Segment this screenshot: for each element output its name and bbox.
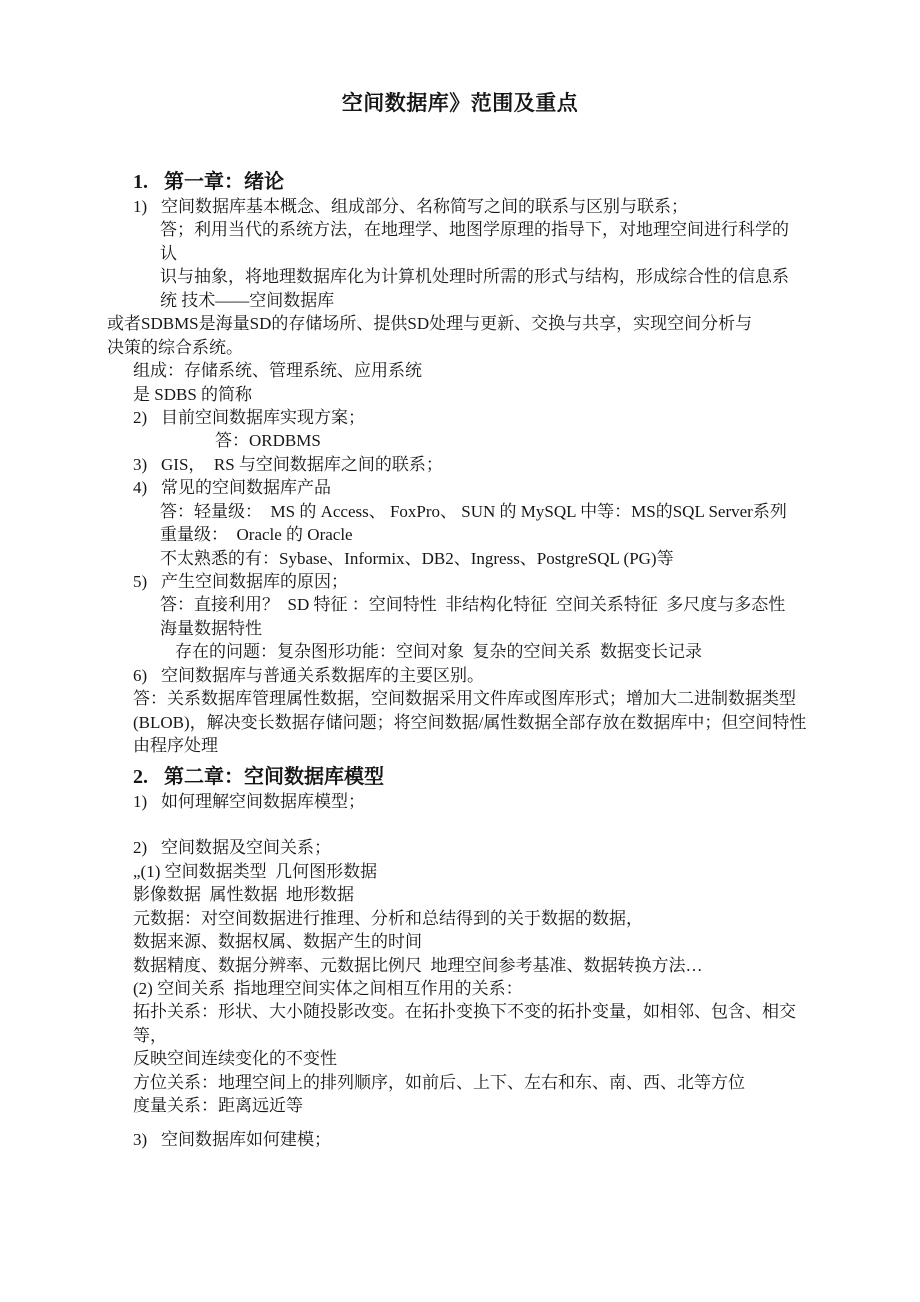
text-line: 答：直接利用？ SD 特征 ：空间特性 非结构化特征 空间关系特征 多尺度与多态… xyxy=(160,593,830,616)
line-text: 反映空间连续变化的不变性 xyxy=(133,1049,337,1068)
item-number: 6) xyxy=(133,664,161,687)
line-text: 不太熟悉的有：Sybase、Informix、DB2、Ingress、Postg… xyxy=(160,549,674,568)
line-text: 统 技术——空间数据库 xyxy=(160,291,334,310)
text-line: 或者SDBMS是海量SD的存储场所、提供SD处理与更新、交换与共享，实现空间分析… xyxy=(107,312,830,335)
text-line: 数据来源、数据权属、数据产生的时间 xyxy=(133,930,830,953)
text-line: 数据精度、数据分辨率、元数据比例尺 地理空间参考基准、数据转换方法… xyxy=(133,954,830,977)
list-item: 1)如何理解空间数据库模型； xyxy=(133,790,830,813)
line-text: 重量级： Oracle 的 Oracle xyxy=(160,525,353,544)
line-text: 目前空间数据库实现方案； xyxy=(161,408,365,427)
list-item: 6)空间数据库与普通关系数据库的主要区别。 xyxy=(133,664,830,687)
text-line: 由程序处理 xyxy=(133,734,830,757)
text-line: 答：关系数据库管理属性数据，空间数据采用文件库或图库形式；增加大二进制数据类型 xyxy=(133,687,830,710)
document-page: 空间数据库》范围及重点 1.第一章：绪论1)空间数据库基本概念、组成部分、名称简… xyxy=(0,0,920,1302)
line-text: 度量关系：距离远近等 xyxy=(133,1096,303,1115)
text-line: 度量关系：距离远近等 xyxy=(133,1094,830,1117)
item-number: 1) xyxy=(133,790,161,813)
line-text: 第二章：空间数据库模型 xyxy=(164,766,384,788)
document-body: 1.第一章：绪论1)空间数据库基本概念、组成部分、名称简写之间的联系与区别与联系… xyxy=(0,169,920,1151)
text-line: 决策的综合系统。 xyxy=(107,336,830,359)
line-text: 或者SDBMS是海量SD的存储场所、提供SD处理与更新、交换与共享，实现空间分析… xyxy=(107,314,752,333)
line-text: 影像数据 属性数据 地形数据 xyxy=(133,885,354,904)
line-text: (2) 空间关系 指地理空间实体之间相互作用的关系： xyxy=(133,979,523,998)
text-line: 不太熟悉的有：Sybase、Informix、DB2、Ingress、Postg… xyxy=(160,547,830,570)
line-text: 海量数据特性 xyxy=(160,619,262,638)
text-line: 统 技术——空间数据库 xyxy=(160,289,830,312)
line-text: 答：直接利用？ SD 特征 ：空间特性 非结构化特征 空间关系特征 多尺度与多态… xyxy=(160,595,785,614)
text-line: 答：轻量级： MS 的 Access、 FoxPro、 SUN 的 MySQL … xyxy=(160,500,830,523)
line-text: 空间数据及空间关系； xyxy=(161,838,331,857)
item-number: 3) xyxy=(133,453,161,476)
section-number: 2. xyxy=(133,764,164,790)
text-line: 识与抽象，将地理数据库化为计算机处理时所需的形式与结构，形成综合性的信息系 xyxy=(160,265,830,288)
line-text: 空间数据库如何建模； xyxy=(161,1130,331,1149)
text-line: 方位关系：地理空间上的排列顺序，如前后、上下、左右和东、南、西、北等方位 xyxy=(133,1071,830,1094)
line-text: 方位关系：地理空间上的排列顺序，如前后、上下、左右和东、南、西、北等方位 xyxy=(133,1073,745,1092)
text-line: 元数据：对空间数据进行推理、分析和总结得到的关于数据的数据， xyxy=(133,907,830,930)
line-text: 答：ORDBMS xyxy=(215,431,321,450)
line-text: 答：关系数据库管理属性数据，空间数据采用文件库或图库形式；增加大二进制数据类型 xyxy=(133,689,796,708)
line-text: 产生空间数据库的原因； xyxy=(161,572,348,591)
line-text: 第一章：绪论 xyxy=(164,171,284,193)
text-line: (2) 空间关系 指地理空间实体之间相互作用的关系： xyxy=(133,977,830,1000)
line-text: 空间数据库基本概念、组成部分、名称简写之间的联系与区别与联系； xyxy=(161,197,688,216)
item-number: 1) xyxy=(133,195,161,218)
line-text: 答；利用当代的系统方法，在地理学、地图学原理的指导下，对地理空间进行科学的 xyxy=(160,220,789,239)
text-line: 影像数据 属性数据 地形数据 xyxy=(133,883,830,906)
line-text: 存在的问题：复杂图形功能：空间对象 复杂的空间关系 数据变长记录 xyxy=(175,642,702,661)
list-item: 2)目前空间数据库实现方案； xyxy=(133,406,830,429)
item-number: 2) xyxy=(133,836,161,859)
item-number: 5) xyxy=(133,570,161,593)
line-text: 答：轻量级： MS 的 Access、 FoxPro、 SUN 的 MySQL … xyxy=(160,502,787,521)
list-item: 2)空间数据及空间关系； xyxy=(133,836,830,859)
section-heading: 2.第二章：空间数据库模型 xyxy=(133,764,830,790)
section-heading: 1.第一章：绪论 xyxy=(133,169,830,195)
line-text: GIS， RS 与空间数据库之间的联系； xyxy=(161,455,443,474)
blank-line xyxy=(107,813,830,836)
text-line: 等， xyxy=(133,1024,830,1047)
text-line: „(1) 空间数据类型 几何图形数据 xyxy=(133,860,830,883)
list-item: 3)空间数据库如何建模； xyxy=(133,1128,830,1151)
line-text: 等， xyxy=(133,1026,167,1045)
text-line: 组成：存储系统、管理系统、应用系统 xyxy=(133,359,830,382)
line-text: 如何理解空间数据库模型； xyxy=(161,792,365,811)
text-line: 是 SDBS 的简称 xyxy=(133,383,830,406)
line-text: 认 xyxy=(160,244,177,263)
line-text: (BLOB)，解决变长数据存储问题；将空间数据/属性数据全部存放在数据库中；但空… xyxy=(133,713,806,732)
text-line: 答；利用当代的系统方法，在地理学、地图学原理的指导下，对地理空间进行科学的 xyxy=(160,218,830,241)
line-text: 元数据：对空间数据进行推理、分析和总结得到的关于数据的数据， xyxy=(133,909,643,928)
line-text: 识与抽象，将地理数据库化为计算机处理时所需的形式与结构，形成综合性的信息系 xyxy=(160,267,789,286)
line-text: 数据来源、数据权属、数据产生的时间 xyxy=(133,932,422,951)
line-text: 决策的综合系统。 xyxy=(107,338,243,357)
section-number: 1. xyxy=(133,169,164,195)
line-text: 由程序处理 xyxy=(133,736,218,755)
text-line: 存在的问题：复杂图形功能：空间对象 复杂的空间关系 数据变长记录 xyxy=(175,640,830,663)
line-text: 数据精度、数据分辨率、元数据比例尺 地理空间参考基准、数据转换方法… xyxy=(133,956,703,975)
line-text: „(1) 空间数据类型 几何图形数据 xyxy=(133,862,377,881)
text-line: 海量数据特性 xyxy=(160,617,830,640)
line-text: 组成：存储系统、管理系统、应用系统 xyxy=(133,361,422,380)
item-number: 3) xyxy=(133,1128,161,1151)
text-line: (BLOB)，解决变长数据存储问题；将空间数据/属性数据全部存放在数据库中；但空… xyxy=(133,711,830,734)
text-line: 反映空间连续变化的不变性 xyxy=(133,1047,830,1070)
list-item: 4)常见的空间数据库产品 xyxy=(133,476,830,499)
list-item: 3)GIS， RS 与空间数据库之间的联系； xyxy=(133,453,830,476)
text-line: 拓扑关系：形状、大小随投影改变。在拓扑变换下不变的拓扑变量，如相邻、包含、相交 xyxy=(133,1000,830,1023)
line-text: 拓扑关系：形状、大小随投影改变。在拓扑变换下不变的拓扑变量，如相邻、包含、相交 xyxy=(133,1002,796,1021)
text-line: 重量级： Oracle 的 Oracle xyxy=(160,523,830,546)
line-text: 常见的空间数据库产品 xyxy=(161,478,331,497)
line-text: 是 SDBS 的简称 xyxy=(133,385,252,404)
item-number: 4) xyxy=(133,476,161,499)
document-title: 空间数据库》范围及重点 xyxy=(0,90,920,117)
list-item: 5)产生空间数据库的原因； xyxy=(133,570,830,593)
item-number: 2) xyxy=(133,406,161,429)
list-item: 1)空间数据库基本概念、组成部分、名称简写之间的联系与区别与联系； xyxy=(133,195,830,218)
text-line: 答：ORDBMS xyxy=(215,429,830,452)
line-text: 空间数据库与普通关系数据库的主要区别。 xyxy=(161,666,484,685)
text-line: 认 xyxy=(160,242,830,265)
